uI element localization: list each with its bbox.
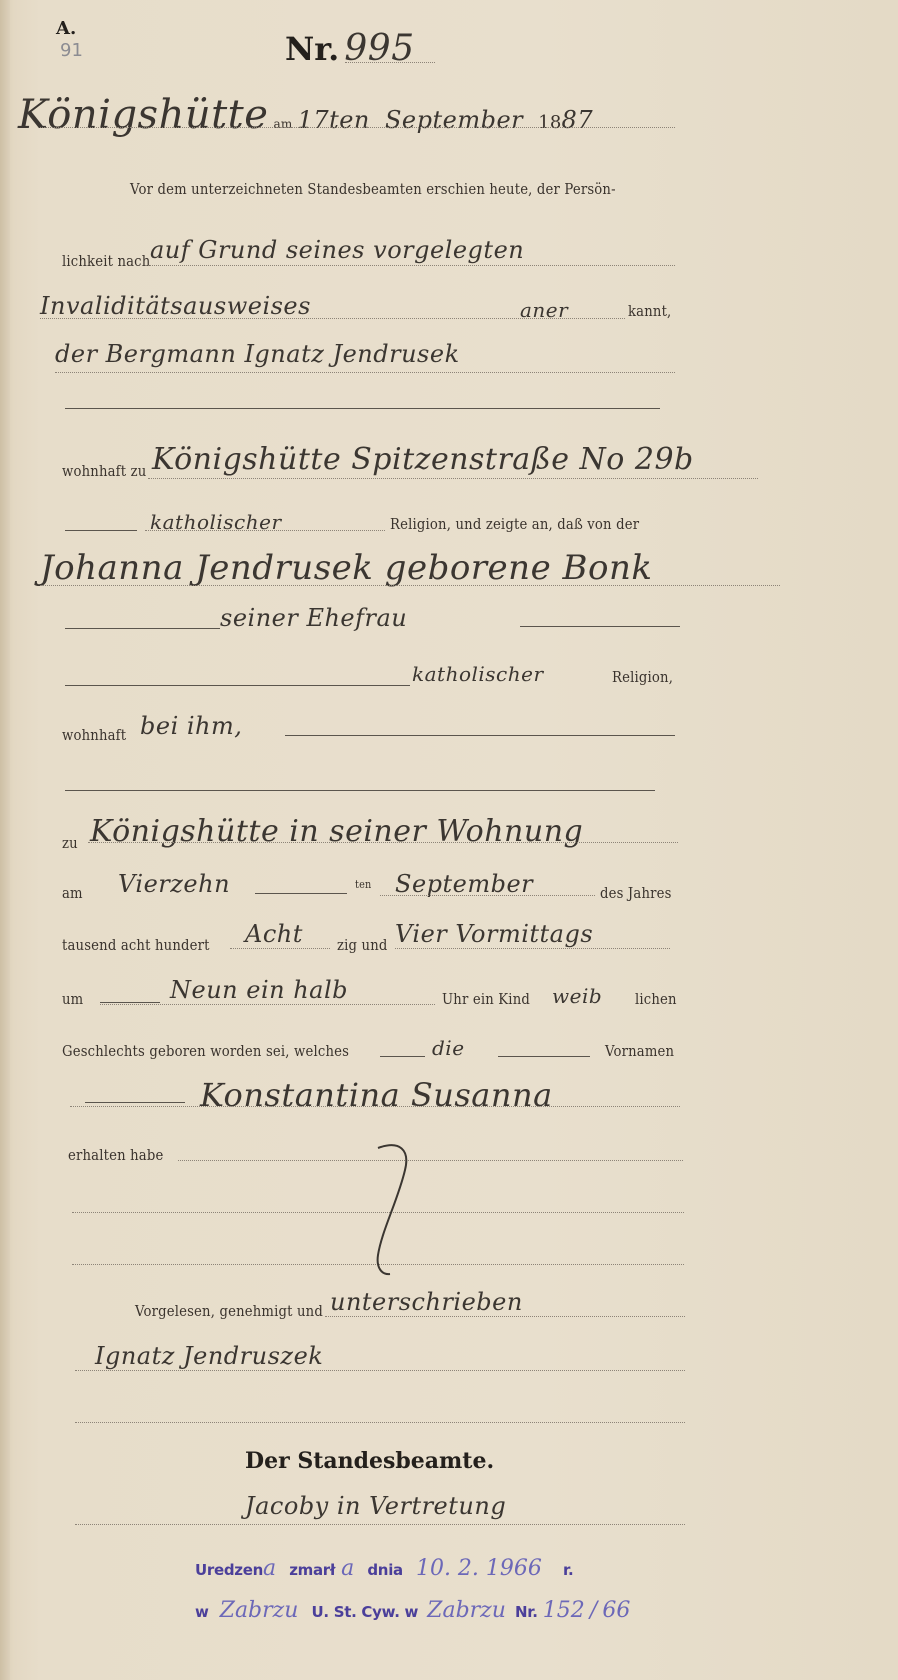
- number-label: Nr.: [285, 30, 339, 68]
- residence-value: Königshütte Spitzenstraße No 29b: [152, 442, 694, 477]
- geschlecht-line: Geschlechts geboren worden sei, welches: [62, 1042, 349, 1060]
- registrar-title: Der Standesbeamte.: [245, 1448, 494, 1474]
- given-names: Konstantina Susanna: [200, 1076, 553, 1114]
- stamp-place2: Zabrzu: [427, 1598, 506, 1623]
- zig-und-label: zig und: [337, 936, 388, 954]
- year-printed: tausend acht hundert: [62, 936, 210, 954]
- year-prefix: 18: [538, 112, 561, 133]
- article: die: [432, 1036, 465, 1060]
- stamp-office: U. St. Cyw. w: [312, 1603, 419, 1621]
- stamp-uredzen: Uredzen: [195, 1561, 263, 1579]
- identity-line1: auf Grund seines vorgelegten: [150, 236, 524, 264]
- des-jahres-label: des Jahres: [600, 884, 672, 902]
- registrar-signature: Jacoby in Vertretung: [245, 1492, 506, 1520]
- form-letter: A.: [56, 18, 76, 39]
- lichen-label: lichen: [635, 990, 677, 1008]
- date-day: 17ten: [298, 106, 370, 134]
- birth-day: Vierzehn: [118, 870, 230, 898]
- stamp-zmarl: zmarł: [289, 1561, 335, 1579]
- birth-sex: weib: [552, 984, 602, 1008]
- closing-printed: Vorgelesen, genehmigt und: [135, 1302, 323, 1320]
- mother-name: Johanna Jendrusek geborene Bonk: [40, 548, 652, 588]
- place: Königshütte: [18, 92, 268, 138]
- erhalten-label: erhalten habe: [68, 1146, 163, 1164]
- register-page: A. 91 Nr. 995 Königshütte am 17ten Septe…: [0, 0, 898, 1680]
- closing-hand: unterschrieben: [330, 1288, 523, 1316]
- stamp-record-number: 152: [543, 1598, 585, 1623]
- vornamen-label: Vornamen: [605, 1042, 674, 1060]
- birth-am-label: am: [62, 884, 83, 902]
- date-month: September: [385, 106, 523, 134]
- residence-label: wohnhaft zu: [62, 462, 146, 480]
- place-date-line: Königshütte am 17ten September 1887: [18, 92, 593, 138]
- stamp-dnia: dnia: [367, 1561, 402, 1579]
- pencil-number: 91: [60, 40, 83, 61]
- stamp-date: 10. 2. 1966: [416, 1556, 542, 1581]
- mother-residence-label: wohnhaft: [62, 726, 126, 744]
- mother-religion-label: Religion,: [612, 668, 673, 686]
- mother-relation: seiner Ehefrau: [220, 604, 407, 632]
- bracket-stroke: [360, 1140, 420, 1280]
- birth-zu-label: zu: [62, 834, 78, 852]
- am-label: am: [274, 117, 293, 131]
- stamp-place: Zabrzu: [220, 1598, 299, 1623]
- identity-line2: Invaliditätsausweises: [40, 292, 311, 320]
- birth-decade: Acht: [245, 920, 303, 948]
- binding-edge: [0, 0, 10, 1680]
- birth-place: Königshütte in seiner Wohnung: [90, 814, 583, 849]
- year-suffix: 87: [562, 106, 594, 134]
- declarant-signature: Ignatz Jendruszek: [95, 1342, 323, 1370]
- uhr-kind-label: Uhr ein Kind: [442, 990, 530, 1008]
- birth-unit-time-of-day: Vier Vormittags: [395, 920, 593, 948]
- ten-label: ten: [355, 878, 371, 891]
- identity-line3: der Bergmann Ignatz Jendrusek: [55, 340, 460, 368]
- identity-label: lichkeit nach: [62, 252, 150, 270]
- birth-month: September: [395, 870, 533, 898]
- birth-time: Neun ein halb: [170, 976, 348, 1004]
- civil-registry-stamp-line2: w Zabrzu U. St. Cyw. w Zabrzu Nr. 152 / …: [195, 1598, 630, 1623]
- stamp-record-year: 66: [602, 1598, 630, 1623]
- identity-kannt: kannt,: [628, 302, 671, 320]
- mother-religion: katholischer: [412, 662, 544, 686]
- civil-registry-stamp-line1: Uredzena zmarła dnia 10. 2. 1966 r.: [195, 1556, 573, 1581]
- mother-residence-value: bei ihm,: [140, 712, 242, 740]
- religion-line-printed: Religion, und zeigte an, daß von der: [390, 515, 639, 533]
- um-label: um: [62, 990, 83, 1008]
- intro-line: Vor dem unterzeichneten Standesbeamten e…: [130, 180, 616, 198]
